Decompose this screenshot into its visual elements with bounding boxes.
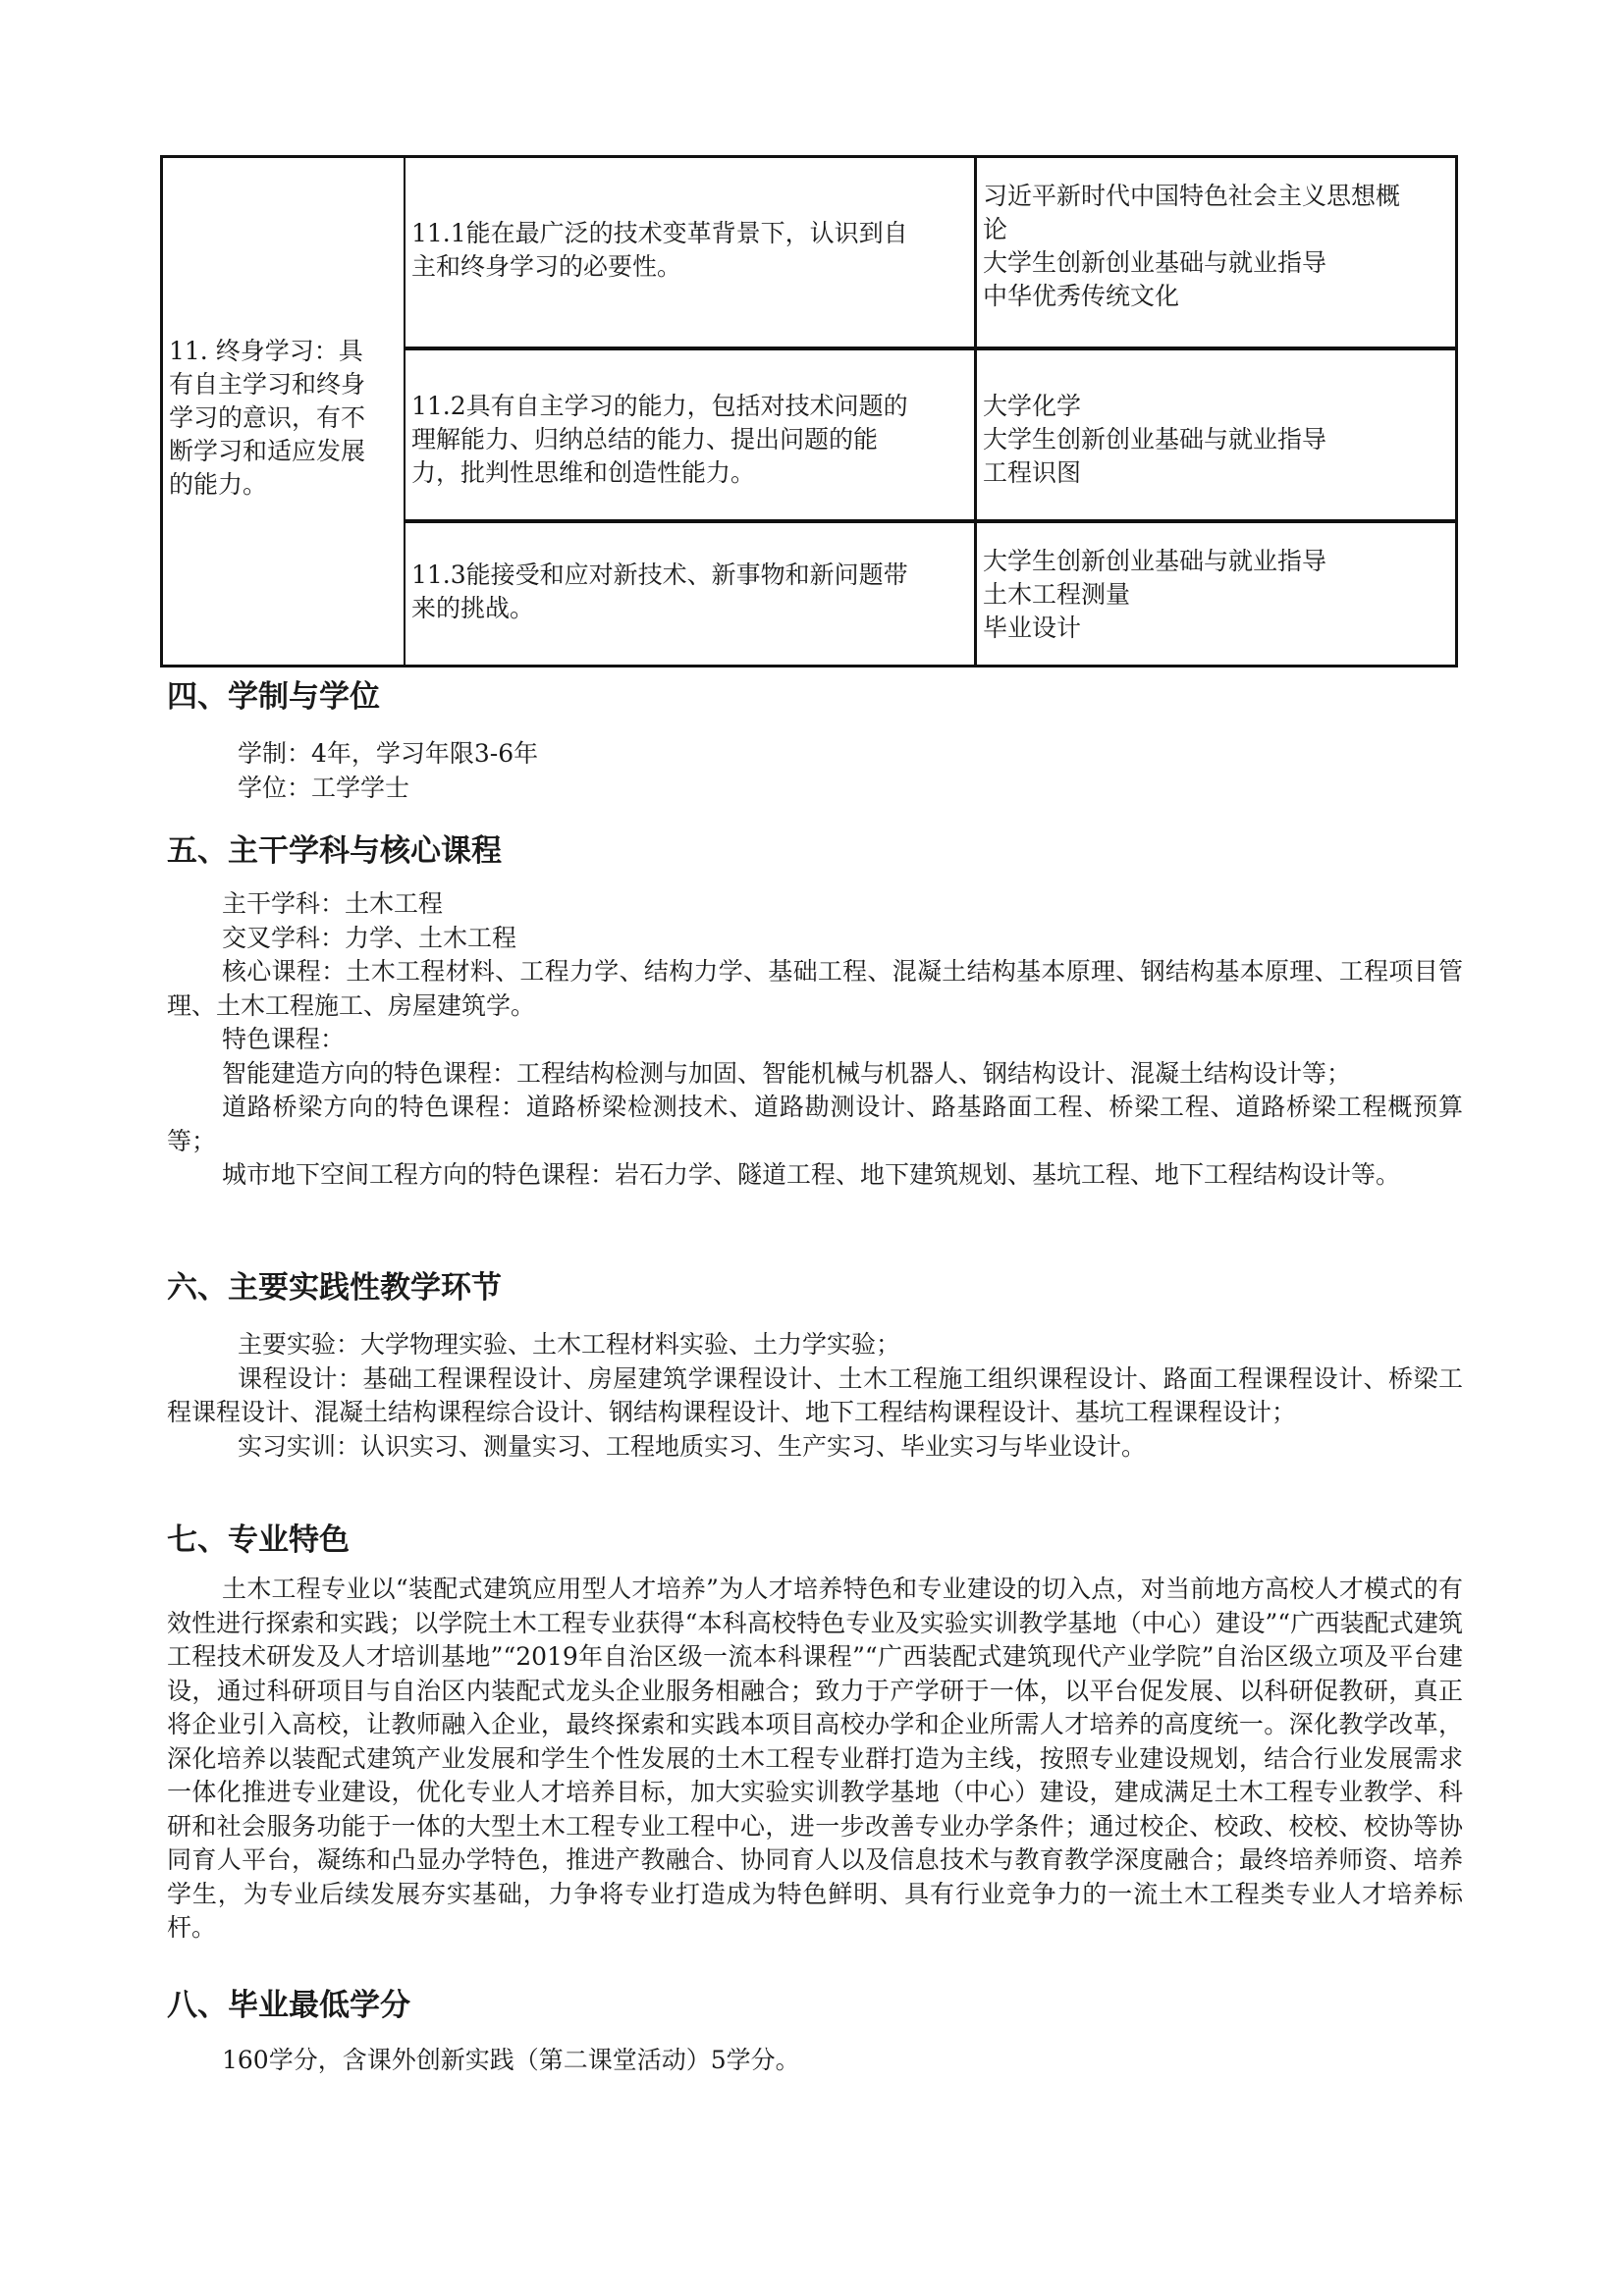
document-page: 11. 终身学习：具 有自主学习和终身 学习的意识，有不 断学习和适应发展 的能… (0, 0, 1622, 2296)
section-heading-disciplines-courses: 五、主干学科与核心课程 (167, 831, 502, 871)
table-row: 11.3能接受和应对新技术、新事物和新问题带 来的挑战。 大学生创新创业基础与就… (405, 519, 1455, 665)
courses-cell: 习近平新时代中国特色社会主义思想概 论 大学生创新创业基础与就业指导 中华优秀传… (977, 158, 1455, 347)
courses-cell: 大学化学 大学生创新创业基础与就业指导 工程识图 (977, 350, 1455, 519)
section-body-disciplines-courses: 主干学科：土木工程 交叉学科：力学、土木工程 核心课程：土木工程材料、工程力学、… (167, 887, 1463, 1193)
section-body-practical-teaching: 主要实验：大学物理实验、土木工程材料实验、土力学实验； 课程设计：基础工程课程设… (167, 1328, 1463, 1464)
table-row: 11.2具有自主学习的能力，包括对技术问题的 理解能力、归纳总结的能力、提出问题… (405, 347, 1455, 519)
requirement-cell-lifelong-learning: 11. 终身学习：具 有自主学习和终身 学习的意识，有不 断学习和适应发展 的能… (163, 158, 405, 665)
section-heading-practical-teaching: 六、主要实践性教学环节 (167, 1268, 502, 1308)
section-heading-duration-degree: 四、学制与学位 (167, 677, 380, 717)
graduation-requirements-table: 11. 终身学习：具 有自主学习和终身 学习的意识，有不 断学习和适应发展 的能… (160, 155, 1458, 667)
section-body-duration-degree: 学制：4年，学习年限3-6年 学位：工学学士 (167, 737, 1463, 805)
section-body-program-features: 土木工程专业以“装配式建筑应用型人才培养”为人才培养特色和专业建设的切入点，对当… (167, 1573, 1463, 1946)
courses-cell: 大学生创新创业基础与就业指导 土木工程测量 毕业设计 (977, 523, 1455, 665)
section-heading-program-features: 七、专业特色 (167, 1521, 350, 1560)
indicator-cell: 11.1能在最广泛的技术变革背景下，认识到自 主和终身学习的必要性。 (405, 158, 977, 347)
indicator-cell: 11.2具有自主学习的能力，包括对技术问题的 理解能力、归纳总结的能力、提出问题… (405, 350, 977, 519)
section-body-minimum-credits: 160学分，含课外创新实践（第二课堂活动）5学分。 (167, 2044, 1463, 2078)
section-heading-minimum-credits: 八、毕业最低学分 (167, 1986, 410, 2025)
indicator-cell: 11.3能接受和应对新技术、新事物和新问题带 来的挑战。 (405, 523, 977, 665)
requirement-text: 11. 终身学习：具 有自主学习和终身 学习的意识，有不 断学习和适应发展 的能… (169, 335, 395, 502)
table-row: 11.1能在最广泛的技术变革背景下，认识到自 主和终身学习的必要性。 习近平新时… (405, 158, 1455, 347)
